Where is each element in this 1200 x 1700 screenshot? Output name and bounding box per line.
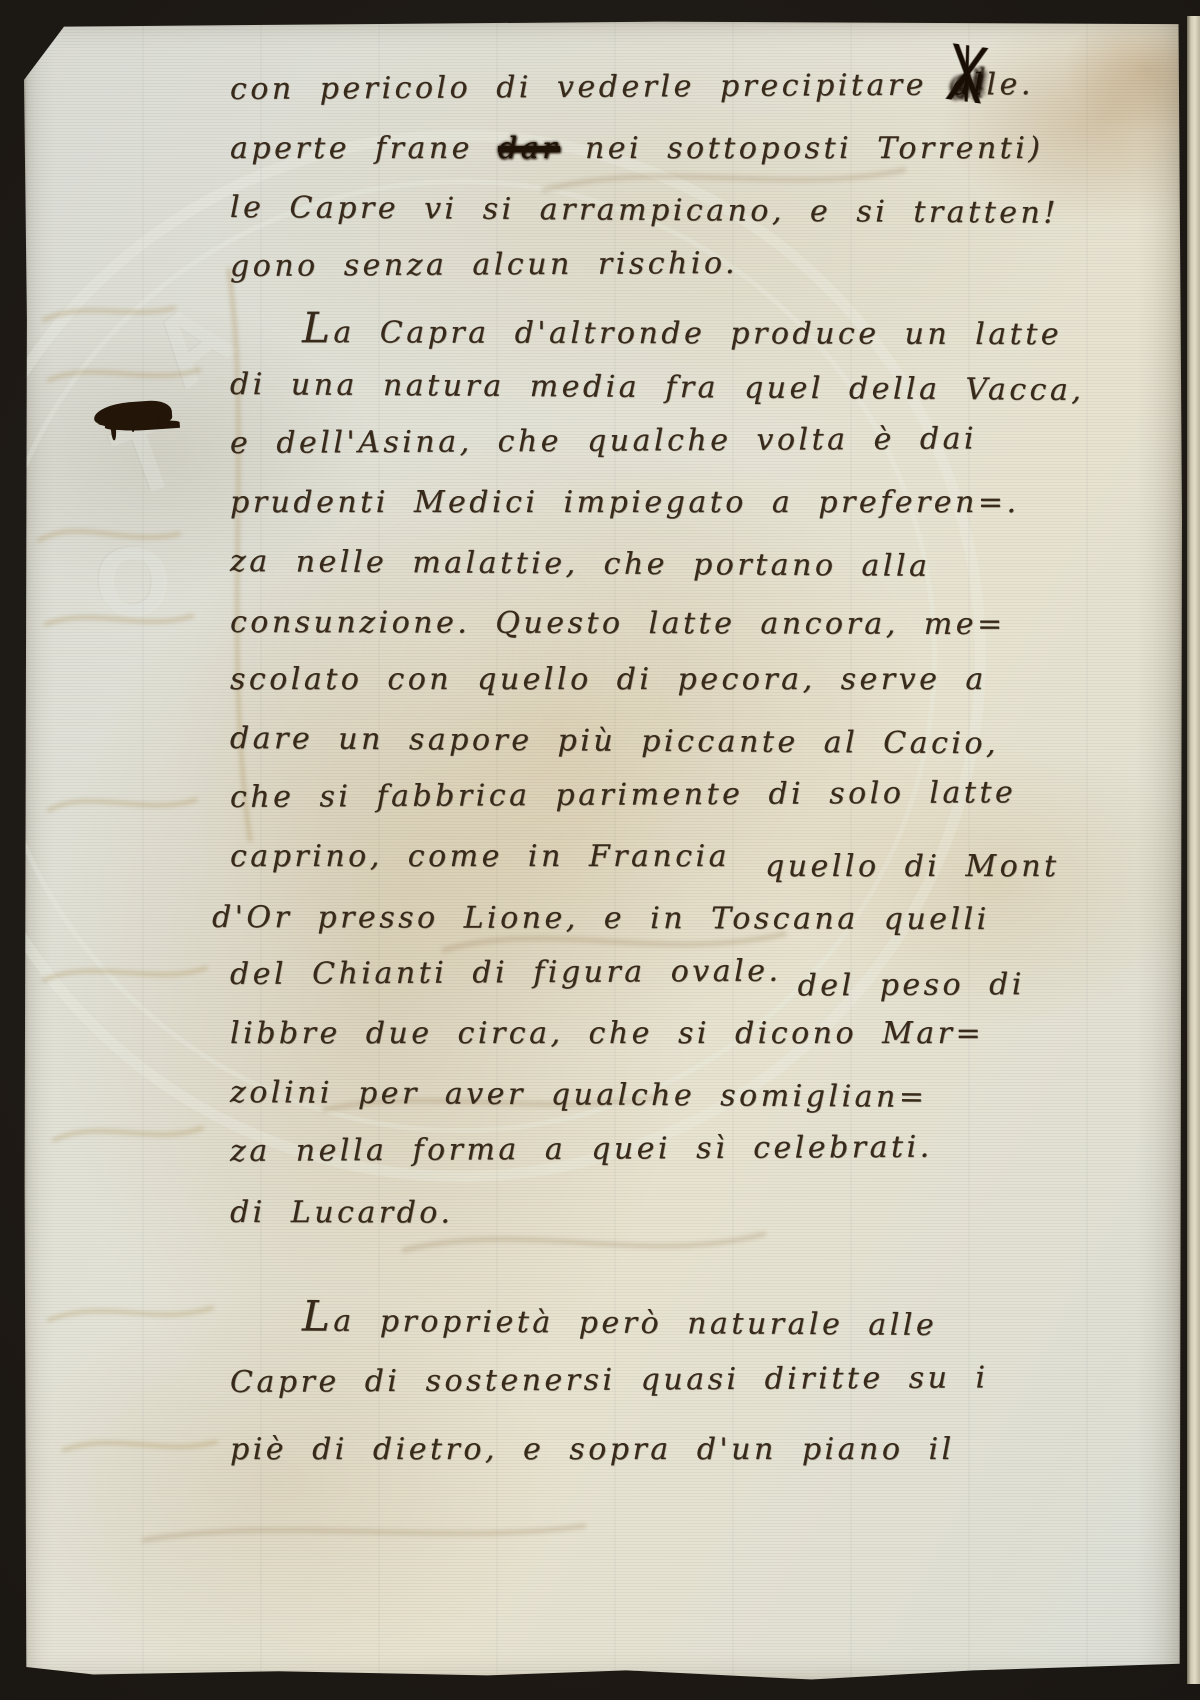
manuscript-line: gono senza alcun rischio. [230,232,1110,296]
manuscript-line: scolato con quello di pecora, serve a [230,650,1110,709]
struck-word: dar [498,131,560,166]
manuscript-line: aperte frane dar nei sottoposti Torrenti… [230,119,1110,178]
line-text: aperte frane [230,131,498,166]
manuscript-line: che si fabbrica parimente di solo latte [230,763,1110,827]
manuscript-line: prudenti Medici impiegato a preferen=. [230,473,1110,532]
manuscript-line: libbre due circa, che si dicono Mar= [230,1004,1110,1063]
manuscript-line: caprino, come in Francia quello di Mont [230,827,1110,886]
manuscript-line: La proprietà però naturale alle [230,1286,1110,1351]
line-text: nei sottoposti Torrenti) [560,131,1044,166]
manuscript-line: za nelle malattie, che portano alla [230,532,1110,597]
ink-blot-correction: al [952,67,987,102]
ink-blot [93,399,173,430]
scene: { "scene": { "background_color": "#1b171… [0,0,1200,1700]
line-text: caprino, come in Francia [230,839,755,874]
adjacent-page-edge [1187,16,1200,1684]
dropped-phrase: quello di Mont [765,849,1060,884]
line-text: con pericolo di vederle precipitare [230,68,952,107]
line-text: le. [986,67,1034,102]
manuscript-line: e dell'Asina, che qualche volta è dai [230,409,1110,473]
manuscript-line: za nella forma a quei sì celebrati. [230,1117,1110,1181]
manuscript-line: piè di dietro, e sopra d'un piano il [230,1420,1110,1479]
line-text: del Chianti di figura ovale. [230,954,782,992]
dropped-phrase: del peso di [797,967,1025,1003]
manuscript-line: di Lucardo. [230,1183,1110,1244]
manuscript-line: Capre di sostenersi quasi diritte su i [230,1348,1110,1412]
manuscript-line: del Chianti di figura ovale.del peso di [230,940,1110,1004]
manuscript-page: A T O con pericolo di vederle precipitar… [24,20,1182,1682]
manuscript-line: La Capra d'altronde produce un latte [230,298,1110,359]
watermark-letter: O [91,525,173,640]
manuscript-text: con pericolo di vederle precipitare alle… [230,60,1110,1479]
manuscript-line: consunzione. Questo latte ancora, me= [230,593,1110,654]
manuscript-line: con pericolo di vederle precipitare alle… [230,55,1110,119]
